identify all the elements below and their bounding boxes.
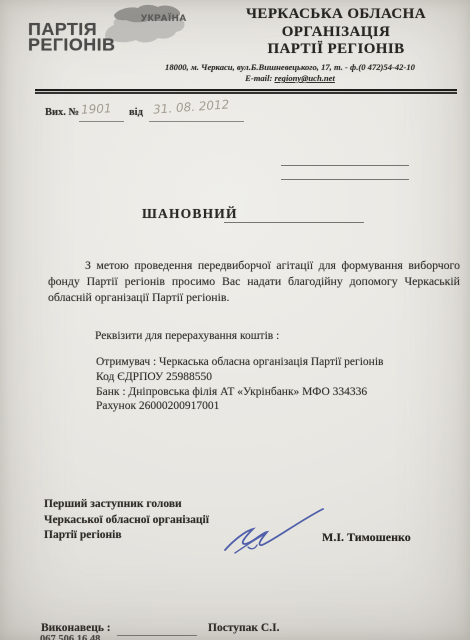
org-email-line: E-mail: regiony@uch.net [115, 73, 465, 83]
logo-line-2: РЕГІОНІВ [28, 37, 115, 52]
body-paragraph: З метою проведення передвиборчої агітаці… [48, 257, 460, 305]
requisites-block: Отримувач : Черкаська обласна організаці… [96, 355, 456, 414]
requisites-account: Рахунок 26000200917001 [96, 399, 456, 414]
salutation-label: ШАНОВНИЙ [142, 206, 238, 222]
requisites-bank: Банк : Дніпровська філія АТ «Укрінбанк» … [96, 385, 456, 400]
letterhead-divider [35, 89, 457, 94]
org-title-line-1: ЧЕРКАСЬКА ОБЛАСНА [205, 6, 467, 24]
ref-date-label: від [129, 107, 143, 118]
requisites-edrpou: Код ЄДРПОУ 25988550 [96, 370, 456, 385]
salutation-blank-line [224, 221, 364, 223]
email-address: regiony@uch.net [274, 73, 334, 83]
executor-phone-partial: 067 506 16 48 [40, 634, 100, 640]
ref-number-label: Вих. № [45, 107, 79, 118]
letter-photo: УКРАЇНА ПАРТІЯ РЕГІОНІВ ЧЕРКАСЬКА ОБЛАСН… [0, 0, 470, 640]
addressee-blank-line-2 [281, 178, 409, 180]
org-title-line-2: ОРГАНІЗАЦІЯ [205, 24, 467, 42]
executor-label: Виконавець : [41, 622, 111, 634]
ref-date-line [149, 120, 244, 122]
signer-title-line-3: Партії регіонів [44, 528, 209, 544]
ref-date-handwritten: 31. 08. 2012 [153, 97, 230, 116]
ref-number-line [79, 120, 124, 122]
org-title-line-3: ПАРТІЇ РЕГІОНІВ [205, 41, 467, 59]
org-address: 18000, м. Черкаси, вул.Б.Вишневецького, … [115, 62, 465, 72]
signer-title: Перший заступник голови Черкаської облас… [44, 497, 209, 544]
logo-country-label: УКРАЇНА [141, 13, 187, 24]
signer-name: М.І. Тимошенко [322, 530, 411, 545]
party-logo: ПАРТІЯ РЕГІОНІВ [28, 22, 115, 53]
requisites-recipient: Отримувач : Черкаська обласна організаці… [96, 355, 456, 370]
org-title: ЧЕРКАСЬКА ОБЛАСНА ОРГАНІЗАЦІЯ ПАРТІЇ РЕГ… [205, 6, 467, 59]
signer-title-line-2: Черкаської обласної організації [44, 513, 209, 529]
ref-number-handwritten: 1901 [81, 101, 112, 117]
executor-name: Поступак С.І. [208, 622, 279, 634]
requisites-title: Реквізити для перерахування коштів : [95, 330, 279, 342]
signer-title-line-1: Перший заступник голови [44, 497, 209, 513]
email-label: E-mail: [245, 73, 272, 83]
addressee-blank-line-1 [281, 164, 409, 166]
signature-ink-icon [215, 503, 330, 555]
executor-blank-line [117, 634, 197, 636]
